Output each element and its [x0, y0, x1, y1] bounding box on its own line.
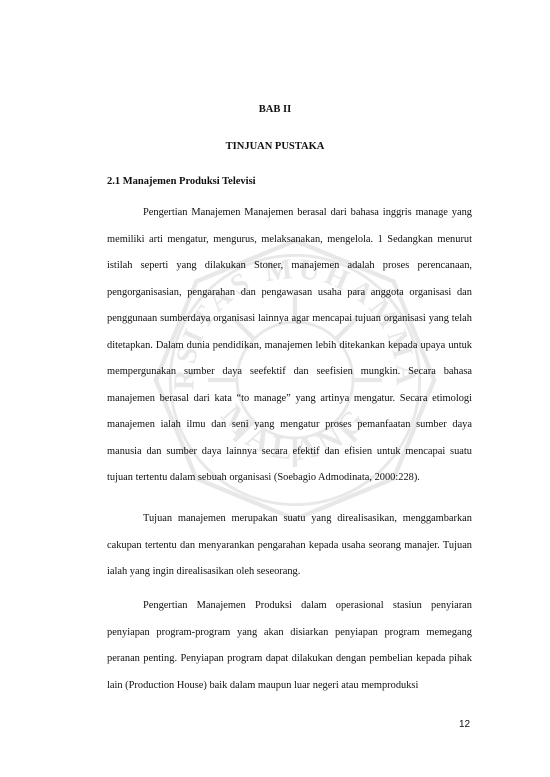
chapter-title: TINJUAN PUSTAKA	[0, 141, 550, 152]
page-number: 12	[459, 719, 470, 730]
paragraph-production-management: Pengertian Manajemen Produksi dalam oper…	[107, 593, 472, 699]
paragraph-management-goal: Tujuan manajemen merupakan suatu yang di…	[107, 506, 472, 586]
section-title: 2.1 Manajemen Produksi Televisi	[107, 176, 256, 187]
chapter-heading: BAB II	[0, 104, 550, 115]
paragraph-management-definition: Pengertian Manajemen Manajemen berasal d…	[107, 200, 472, 492]
